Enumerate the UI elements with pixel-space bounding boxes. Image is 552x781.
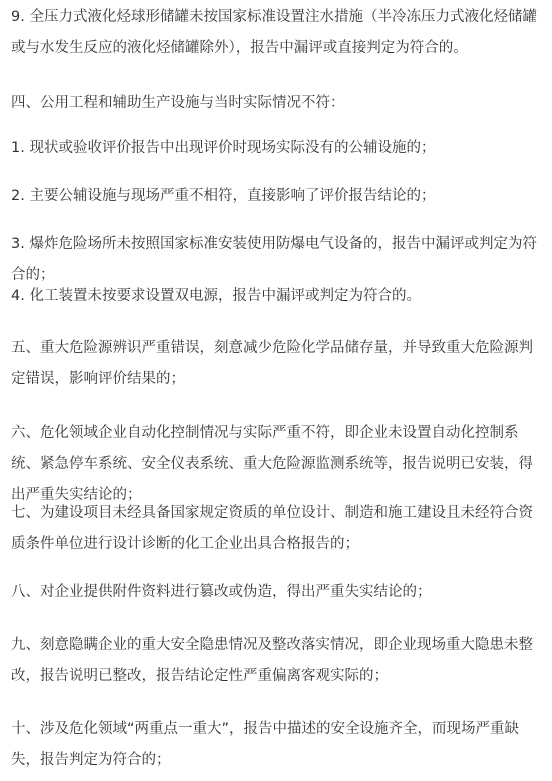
paragraph-item-2: 2. 主要公辅设施与现场严重不相符，直接影响了评价报告结论的； (11, 181, 543, 212)
section-10-two-key-one-major: 十、涉及危化领域“两重点一重大”，报告中描述的安全设施齐全，而现场严重缺失，报告… (11, 714, 543, 776)
section-9-concealment: 九、刻意隐瞒企业的重大安全隐患情况及整改落实情况，即企业现场重大隐患未整改，报告… (11, 630, 543, 692)
paragraph-item-9: 9. 全压力式液化烃球形储罐未按国家标准设置注水措施（半冷冻压力式液化烃储罐或与… (11, 2, 543, 64)
section-8-forgery: 八、对企业提供附件资料进行篡改或伪造，得出严重失实结论的； (11, 577, 543, 608)
paragraph-item-1: 1. 现状或验收评价报告中出现评价时现场实际没有的公辅设施的； (11, 133, 543, 164)
paragraph-item-4: 4. 化工装置未按要求设置双电源，报告中漏评或判定为符合的。 (11, 281, 543, 312)
section-5-hazard-identification: 五、重大危险源辨识严重错误，刻意减少危险化学品储存量，并导致重大危险源判定错误，… (11, 333, 543, 395)
section-heading-4-utilities: 四、公用工程和辅助生产设施与当时实际情况不符： (11, 88, 543, 119)
section-7-qualification: 七、为建设项目未经具备国家规定资质的单位设计、制造和施工建设且未经符合资质条件单… (11, 498, 543, 560)
